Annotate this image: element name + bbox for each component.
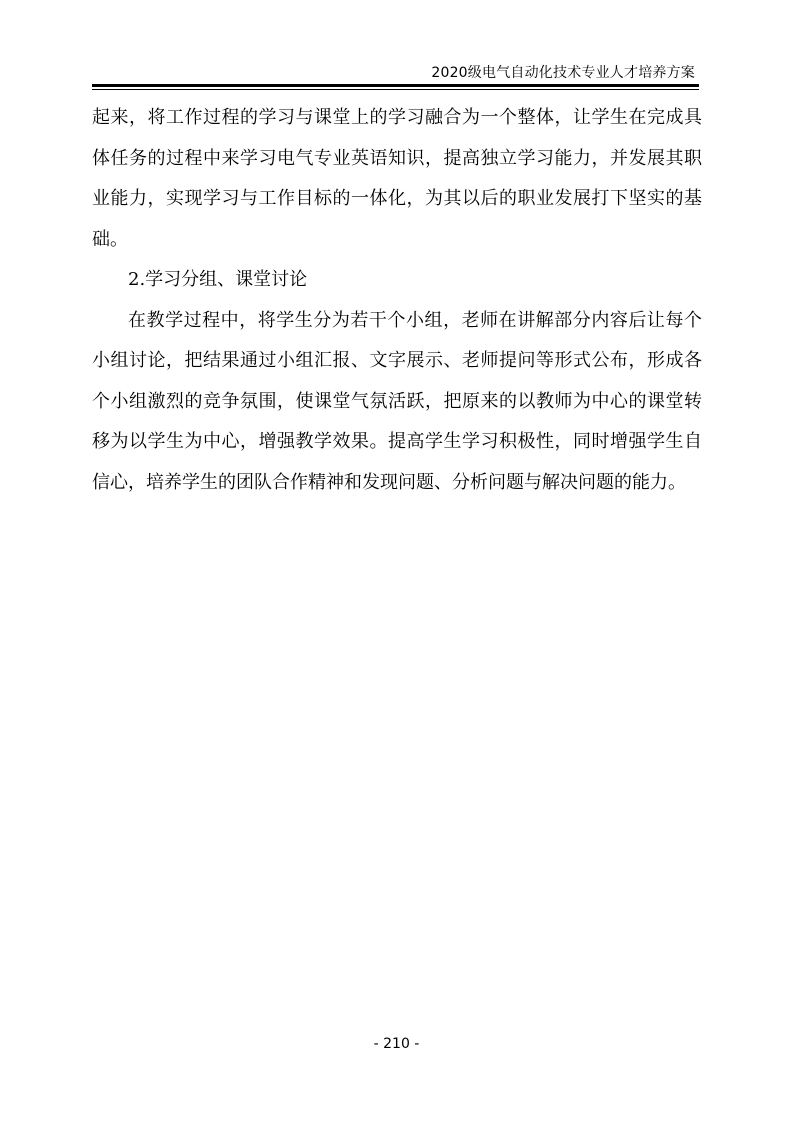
paragraph-continuation: 起来，将工作过程的学习与课堂上的学习融合为一个整体，让学生在完成具体任务的过程中… [92,98,702,260]
page-number: - 210 - [0,1036,793,1052]
paragraph: 在教学过程中，将学生分为若干个小组，老师在讲解部分内容后让每个小组讨论，把结果通… [92,301,702,504]
document-title: 2020级电气自动化技术专业人才培养方案 [431,62,695,82]
header-rule-thin [92,89,699,90]
page-body: 起来，将工作过程的学习与课堂上的学习融合为一个整体，让学生在完成具体任务的过程中… [92,98,702,503]
header-rule-thick [92,84,699,87]
section-heading: 2.学习分组、课堂讨论 [92,260,702,301]
